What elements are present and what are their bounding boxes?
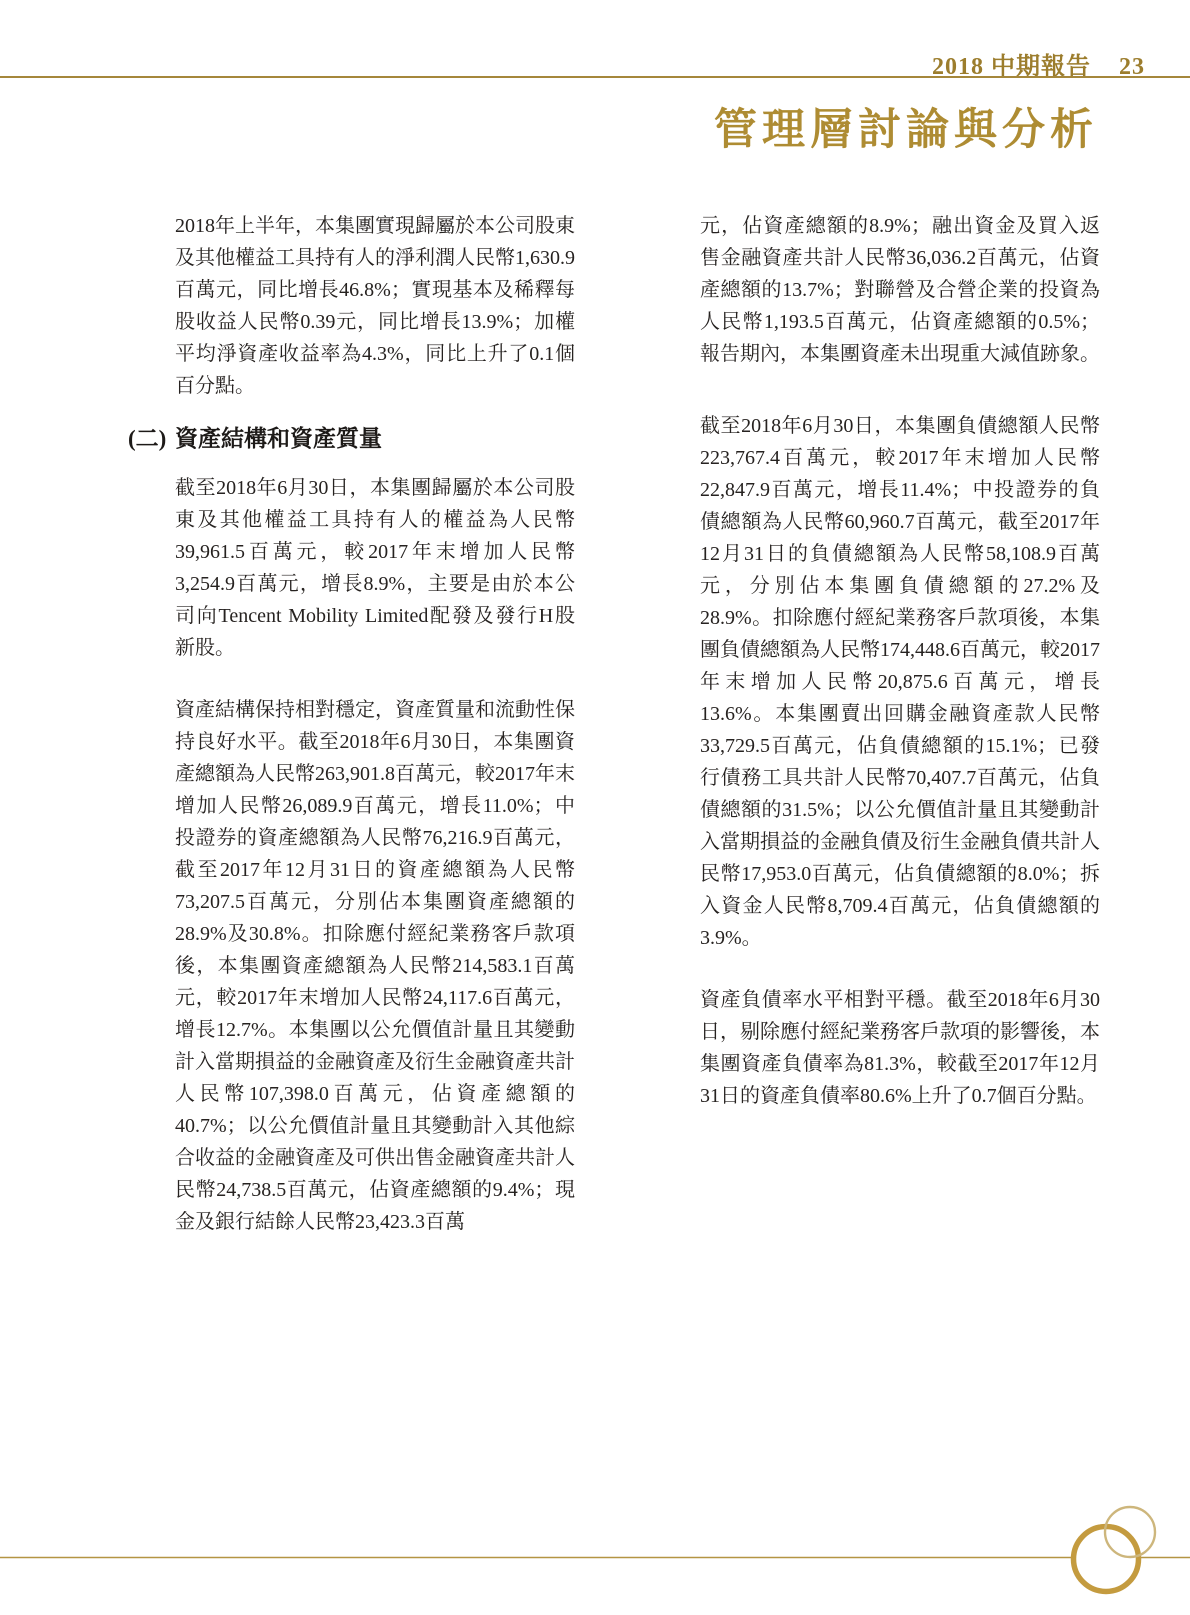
section-number: (二): [128, 424, 175, 454]
page-title: 管理層討論與分析: [714, 96, 1098, 157]
paragraph: 元，佔資產總額的8.9%；融出資金及買入返售金融資產共計人民幣36,036.2百…: [700, 210, 1100, 370]
report-page: 2018 中期報告23 管理層討論與分析 2018年上半年，本集團實現歸屬於本公…: [0, 0, 1190, 1615]
paragraph: 截至2018年6月30日，本集團歸屬於本公司股東及其他權益工具持有人的權益為人民…: [175, 472, 575, 664]
left-column: 2018年上半年，本集團實現歸屬於本公司股東及其他權益工具持有人的淨利潤人民幣1…: [128, 210, 575, 1238]
paragraph: 資產負債率水平相對平穩。截至2018年6月30日，剔除應付經紀業務客戶款項的影響…: [700, 984, 1100, 1112]
section-heading: (二) 資產結構和資產質量: [128, 424, 575, 454]
paragraph: 2018年上半年，本集團實現歸屬於本公司股東及其他權益工具持有人的淨利潤人民幣1…: [175, 210, 575, 402]
header-rule: [0, 76, 1190, 78]
paragraph: 截至2018年6月30日，本集團負債總額人民幣223,767.4百萬元，較201…: [700, 410, 1100, 954]
footer-decoration: [0, 1445, 1190, 1615]
section-title: 資產結構和資產質量: [175, 424, 382, 454]
content-columns: 2018年上半年，本集團實現歸屬於本公司股東及其他權益工具持有人的淨利潤人民幣1…: [128, 210, 1100, 1238]
right-column: 元，佔資產總額的8.9%；融出資金及買入返售金融資產共計人民幣36,036.2百…: [700, 210, 1100, 1238]
paragraph: 資產結構保持相對穩定，資產質量和流動性保持良好水平。截至2018年6月30日，本…: [175, 694, 575, 1238]
